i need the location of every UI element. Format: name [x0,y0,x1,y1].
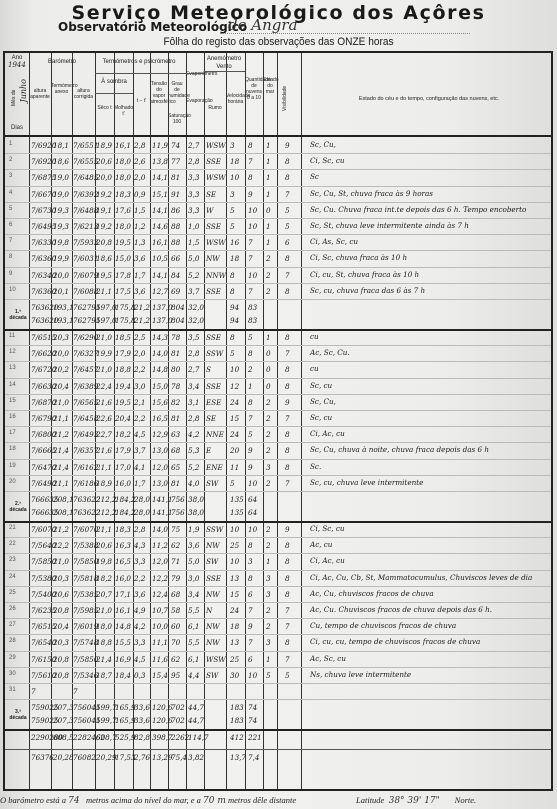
cell-mar: 3 [266,463,271,472]
cell-vis: 8 [285,638,290,647]
cell-seco: 199,7 [96,716,117,725]
cell-term: 20,4 [53,622,69,631]
cell-vel: 30 [230,671,239,680]
row-rule [5,169,551,170]
velocity-header: Velocidade horária [226,93,245,105]
cell-vis: 8 [285,590,290,599]
cell-evap: 3,4 [188,590,199,599]
cell-rumo: NW [206,254,220,263]
cell-molh: 175,8 [115,316,136,325]
cell-evap: 1,0 [188,222,199,231]
cell-rumo: E [206,446,211,455]
cell-diff: 3,0 [134,382,145,391]
cell-seco: 21,0 [96,365,112,374]
cell-rumo: SSE [206,222,221,231]
row-rule [5,602,551,603]
sky-state-header: Estado do céu e do tempo, configuração d… [305,96,553,102]
cell-seco: 20,6 [96,157,112,166]
cell-day: 23 [9,557,16,563]
cell-mar: 2 [266,606,271,615]
cell-tens: 12,0 [152,557,168,566]
anemometer-header: Anemómetro [204,56,244,62]
cell-hum: 702 [171,703,185,712]
cell-evap: 3,1 [188,398,199,407]
cell-nuv: 10 [248,479,257,488]
cell-diff: 3,7 [134,446,145,455]
cell-molh: 16,0 [115,479,131,488]
cell-diff: 2,2 [134,365,145,374]
row-rule [5,234,551,235]
observatory-name: de Angra [228,16,297,34]
cell-corr: 7 [73,687,78,696]
cell-corr: 7/5346 [73,671,98,680]
cell-term: 20,0 [53,271,69,280]
cell-tens: 137,0 [152,303,173,312]
cell-molh: 20,4 [115,414,131,423]
cell-nuv: 83 [248,316,257,325]
cell-day: 13 [9,365,16,371]
cell-molh: 17,9 [115,349,131,358]
cell-vel: 10 [230,365,239,374]
cell-nuv: 74 [248,703,257,712]
column-rule [150,53,151,789]
cell-vel: 10 [230,557,239,566]
row-rule [5,553,551,554]
cell-hum: 78 [171,333,180,342]
cell-nuv: 5 [248,333,253,342]
cell-vis: 7 [285,349,290,358]
cell-molh: 18,0 [115,173,131,182]
cell-vel: 183 [230,716,244,725]
cell-corr: 7/5985 [73,606,98,615]
cell-mar: 1 [266,655,271,664]
cell-corr: 7/6079 [73,271,98,280]
cell-nuv: 8 [248,541,253,550]
sky-observation: Ac, Sc, cu [310,654,346,663]
cell-hum: 79 [171,574,180,583]
cell-seco: 212,2 [96,508,117,517]
cell-hum: 2262 [171,733,189,742]
wind-header: Vento [204,64,244,70]
cell-rumo: WSW [206,141,226,150]
cell-rumo: SSE [206,157,221,166]
cell-tens: 14,0 [152,349,168,358]
cell-diff: 4,5 [134,655,145,664]
decade-label: 2.ª década [7,501,29,513]
cell-tens: 11,2 [152,541,168,550]
cell-corr: 7/6290 [73,333,98,342]
cell-hum: 81 [171,173,180,182]
cell-seco: 18,9 [96,479,112,488]
cell-corr: 7/6457 [73,365,98,374]
cell-day: 14 [9,382,16,388]
decade-rule [5,329,551,331]
cell-evap: 5,5 [188,606,199,615]
cell-nuv: 10 [248,525,257,534]
cell-vel: 24 [230,430,239,439]
cell-rumo: NW [206,590,220,599]
cell-rumo: W [206,206,213,215]
cell-molh: 16,1 [115,606,131,615]
cell-mar: 2 [266,446,271,455]
evaporimeter-header: Evaporómetro [186,71,204,77]
cell-hum: 68 [171,446,180,455]
sky-observation: Ci, Sc, cu [310,156,345,165]
cell-hum: 82 [171,398,180,407]
cell-nuv: 7 [248,606,253,615]
cell-day: 29 [9,655,16,661]
cell-molh: 18,8 [115,365,131,374]
cell-term: 20,3 [53,574,69,583]
barometer-height: 74 [68,796,79,806]
cell-molh: 165,9 [115,703,136,712]
cell-rumo: SW [206,557,218,566]
month-label: Mês de [11,83,17,113]
cell-molh: 16,1 [115,141,131,150]
cell-corr: 7/6392 [73,190,98,199]
cell-corr: 7/6485 [73,173,98,182]
cell-term: 20,3 [53,333,69,342]
cell-hum: 81 [171,349,180,358]
cell-diff: 2,1 [134,398,145,407]
cell-evap: 38,0 [188,508,204,517]
sky-observation: cu [310,364,319,373]
cell-seco: 20,8 [96,238,112,247]
cell-day: 9 [9,271,12,277]
row-rule [5,186,551,187]
cell-day: 26 [9,606,16,612]
sky-observation: Sc, cu [310,413,332,422]
cell-corr: 7/6493 [73,430,98,439]
cell-evap: 5,2 [188,271,199,280]
cell-diff: 2,6 [134,157,145,166]
cell-vel: 18 [230,254,239,263]
cell-molh: 18,0 [115,157,131,166]
sky-observation: Sc, Cu, St, chuva fraca às 9 horas [310,189,433,198]
cell-seco: 21,0 [96,333,112,342]
header-rule [95,73,204,74]
cell-evap: 4,2 [188,430,199,439]
cell-molh: 17,1 [115,590,131,599]
cell-tens: 11,9 [152,141,168,150]
cell-term: 21,2 [53,525,69,534]
cell-evap: 44,7 [188,716,204,725]
cell-nuv: 2 [248,365,253,374]
cell-nuv: 10 [248,222,257,231]
sky-observation: Sc, St, chuva leve intermitente ainda às… [310,221,469,230]
cell-term: 21,2 [53,430,69,439]
cell-hum: 58 [171,606,180,615]
cell-diff: 3,3 [134,557,145,566]
cell-vel: 13 [230,638,239,647]
cell-mar: 2 [266,287,271,296]
cell-day: 27 [9,622,16,628]
sky-observation: Sc, cu, chuva fraca das 6 às 7 h [310,286,425,295]
cell-mar: 1 [266,238,271,247]
cell-seco: 21,0 [96,606,112,615]
cell-evap: 6,1 [188,622,199,631]
cell-rumo: SW [206,671,218,680]
cell-corr: 7/5850 [73,655,98,664]
cell-evap: 2,7 [188,365,199,374]
decade-label: 1.ª década [7,309,29,321]
cell-term: 208,1 [53,508,74,517]
cell-molh: 165,9 [115,716,136,725]
cell-vis: 8 [285,541,290,550]
cell-hum: 804 [171,303,185,312]
cell-seco: 212,2 [96,495,117,504]
cell-vel: 11 [230,463,239,472]
cell-term: 20,28 [53,753,74,762]
cell-corr: 7/5388 [73,541,98,550]
diff-header: t − t' [133,98,150,104]
cell-term: 207,3 [53,716,74,725]
row-rule [5,667,551,668]
cell-seco: 18,2 [96,574,112,583]
cell-rumo: SE [206,414,216,423]
cell-term: 18,1 [53,141,69,150]
sky-observation: Sc. [310,462,321,471]
cell-alt: 76376 [31,753,54,762]
cell-diff: 82,8 [134,733,150,742]
cell-molh: 17,8 [115,271,131,280]
cell-molh: 16,3 [115,541,131,550]
cell-term: 208,1 [53,495,74,504]
sky-observation: Ns, chuva leve intermitente [310,670,411,679]
row-rule [5,250,551,251]
cell-day: 18 [9,446,16,452]
column-rule [186,53,187,789]
cell-seco: 21,6 [96,446,112,455]
cell-evap: 1,9 [188,525,199,534]
cell-day: 7 [9,238,12,244]
cell-day: 6 [9,222,12,228]
totals-rule [5,749,551,750]
row-rule [5,218,551,219]
sky-observation: Ac, Cu, chuviscos fracos de chuva [310,589,434,598]
cell-rumo: NW [206,622,220,631]
cell-evap: 2,8 [188,157,199,166]
dry-header: Sêco t [95,105,114,111]
cell-day: 28 [9,638,16,644]
cell-rumo: NNE [206,430,224,439]
cell-tens: 120,6 [152,703,173,712]
cell-seco: 199,7 [96,703,117,712]
cell-corr: 7/5385 [73,590,98,599]
cell-vis: 6 [285,238,290,247]
cell-tens: 398,7 [152,733,173,742]
cell-mar: 3 [266,574,271,583]
cell-tens: 14,6 [152,222,168,231]
cell-nuv: 9 [248,463,253,472]
cell-mar: 5 [266,671,271,680]
cell-nuv: 7 [248,414,253,423]
cell-rumo: WSW [206,173,226,182]
cell-evap: 3,7 [188,287,199,296]
cell-vel: 25 [230,541,239,550]
cell-evap: 3,3 [188,206,199,215]
cell-nuv: 7 [248,157,253,166]
cell-term: 21,1 [53,479,69,488]
sky-observation: Ci, Ac, cu [310,429,345,438]
cell-vel: 412 [230,733,244,742]
sky-observation: Ci, cu, cu, tempo de chuviscos fracos de… [310,637,480,646]
cell-vis: 8 [285,333,290,342]
cell-nuv: 5 [248,430,253,439]
cell-vel: 10 [230,173,239,182]
vapor-tension-header: Tensão do vapor atmosférico [150,81,168,105]
cell-vis: 5 [285,671,290,680]
cell-term: 21,0 [53,557,69,566]
cell-seco: 18,8 [96,638,112,647]
cell-rumo: WSW [206,238,226,247]
cell-mar: 2 [266,479,271,488]
cell-term: 20,8 [53,606,69,615]
cell-tens: 16,5 [152,414,168,423]
cell-mar: 0 [266,206,271,215]
cell-vel: 18 [230,157,239,166]
cell-hum: 86 [171,206,180,215]
cell-evap: 5,3 [188,446,199,455]
cell-nuv: 8 [248,574,253,583]
cell-nuv: 7,4 [248,753,259,762]
cell-rumo: NW [206,541,220,550]
cell-nuv: 6 [248,655,253,664]
cell-mar: 1 [266,173,271,182]
cell-vis: 7 [285,655,290,664]
row-rule [5,394,551,395]
cell-seco: 197,0 [96,303,117,312]
cell-diff: 28,0 [134,495,150,504]
cell-corr: 7/5818 [73,574,98,583]
row-rule [5,586,551,587]
cell-rumo: SSE [206,382,221,391]
cell-term: 20,3 [53,638,69,647]
cell-corr: 7/6070 [73,525,98,534]
cell-molh: 16,9 [115,655,131,664]
cell-nuv: 9 [248,622,253,631]
cell-rumo: SSE [206,333,221,342]
cell-evap: 3,0 [188,574,199,583]
cell-hum: 804 [171,316,185,325]
cell-tens: 14,1 [152,271,168,280]
year-value: 1944 [8,61,26,69]
cell-rumo: NW [206,638,220,647]
cell-vel: 13 [230,574,239,583]
cell-day: 16 [9,414,16,420]
barometer-prefix: O barómetro está a [0,795,66,805]
cell-diff: 1,3 [134,238,145,247]
cell-day: 3 [9,173,12,179]
cell-corr: 7/6031 [73,254,98,263]
cell-vel: 18 [230,622,239,631]
sky-observation: Ci, As, Sc, cu [310,237,358,246]
row-rule [5,651,551,652]
cell-term: 608,5 [53,733,74,742]
cell-tens: 10,7 [152,606,168,615]
column-rule [168,53,169,789]
cell-mar: 3 [266,590,271,599]
cell-vis: 5 [285,206,290,215]
cell-evap: 5,0 [188,557,199,566]
cell-tens: 15,0 [152,382,168,391]
cell-nuv: 10 [248,206,257,215]
sky-observation: Ac, Cu. Chuviscos fracos de chuva depois… [310,605,492,614]
row-rule [5,361,551,362]
cell-molh: 17,9 [115,446,131,455]
cell-vel: 183 [230,703,244,712]
cell-diff: 3,6 [134,254,145,263]
cell-corr: 7/6555 [73,157,98,166]
decade-rule [5,729,551,731]
cell-vis: 8 [285,574,290,583]
cell-vel: 13,7 [230,753,246,762]
cell-tens: 120,6 [152,716,173,725]
sky-observation: cu [310,332,319,341]
sky-observation: Sc, cu, chuva leve intermitente [310,478,423,487]
sky-observation: Sc, cu [310,381,332,390]
cell-evap: 5,5 [188,638,199,647]
cell-mar: 2 [266,398,271,407]
cell-vis: 7 [285,190,290,199]
sky-observation: Sc [310,172,319,181]
cell-vis: 7 [285,271,290,280]
cell-hum: 71 [171,557,180,566]
cell-rumo: SSE [206,574,221,583]
cell-nuv: 7 [248,238,253,247]
sky-observation: Ci, Ac, Cu, Cb, St, Mammatocumulus, Chuv… [310,573,532,582]
cell-molh: 525,9 [115,733,136,742]
latitude-label: Latitude [356,795,384,805]
cell-diff: 2,76 [134,753,150,762]
cell-vel: 5 [230,206,235,215]
cell-nuv: 9 [248,190,253,199]
cell-evap: 2,8 [188,414,199,423]
cell-evap: 3,6 [188,541,199,550]
cell-evap: 2,7 [188,141,199,150]
cell-vel: 5 [230,349,235,358]
cell-evap: 1,5 [188,238,199,247]
cell-molh: 15,0 [115,254,131,263]
cell-rumo: SSW [206,349,223,358]
cell-day: 17 [9,430,16,436]
sky-observation: Sc, Cu, chuva à noite, chuva fraca depoi… [310,445,489,454]
cell-evap: 32,0 [188,316,204,325]
cell-day: 19 [9,463,16,469]
cell-day: 20 [9,479,16,485]
cell-day: 25 [9,590,16,596]
cell-hum: 60 [171,622,180,631]
cell-seco: 608,7 [96,733,117,742]
cell-hum: 756 [171,495,185,504]
cell-tens: 14,1 [152,173,168,182]
cell-corr: 7/6389 [73,382,98,391]
cell-molh: 18,4 [115,671,131,680]
cell-mar: 1 [266,157,271,166]
evaporation-header: Evaporação [186,98,204,104]
cell-seco: 18,0 [96,622,112,631]
days-label: Dias [7,125,27,131]
cell-nuv: 7 [248,254,253,263]
cell-alt: 7 [31,687,36,696]
cell-tens: 137,0 [152,316,173,325]
cell-hum: 66 [171,254,180,263]
cell-day: 31 [9,687,16,693]
cell-diff: 0,3 [134,671,145,680]
cell-vel: 5 [230,222,235,231]
cell-molh: 15,5 [115,638,131,647]
cell-hum: 63 [171,430,180,439]
